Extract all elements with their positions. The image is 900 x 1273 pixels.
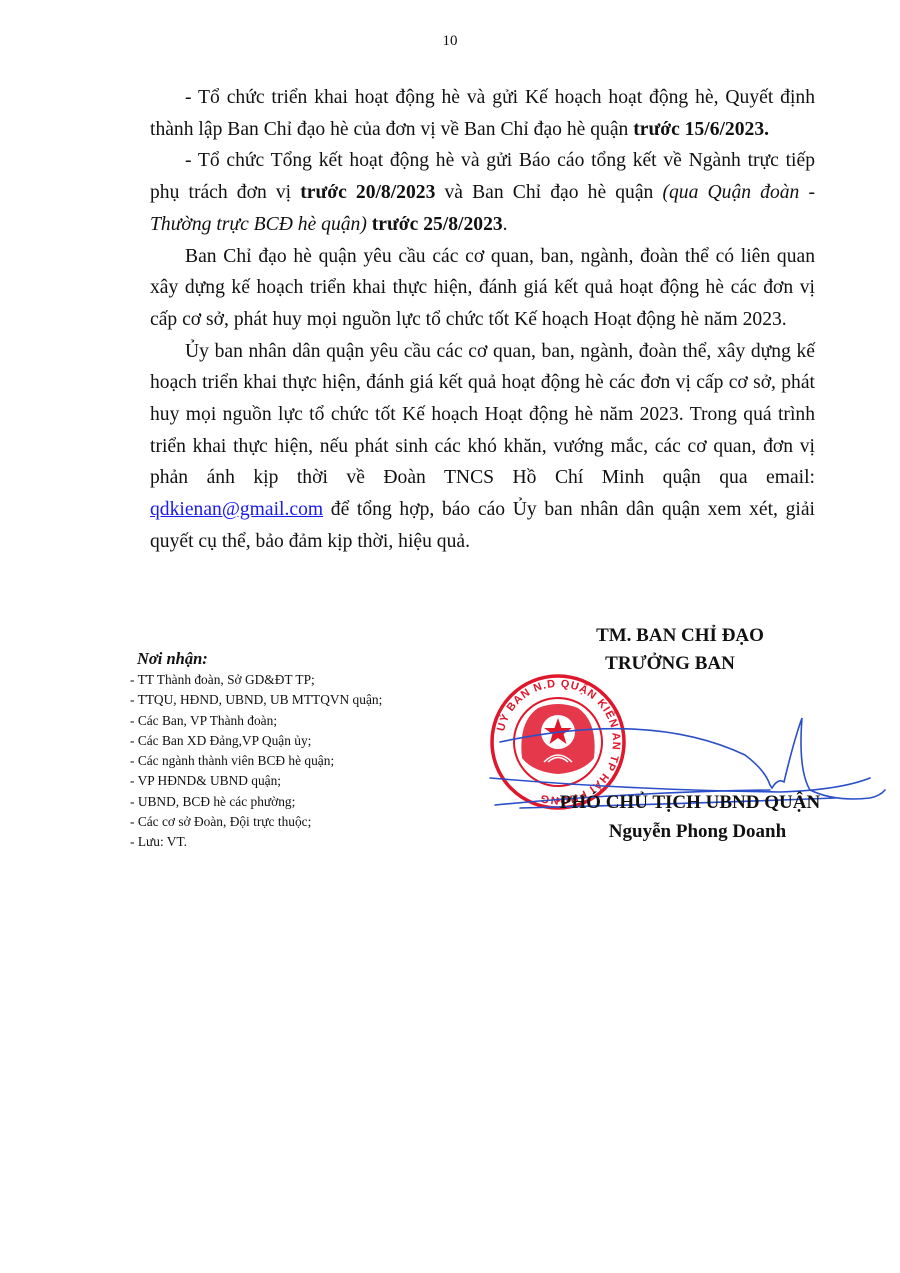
deadline-plan: trước 15/6/2023. bbox=[633, 119, 769, 140]
deadline-sector: trước 20/8/2023 bbox=[300, 182, 435, 203]
recipients-block: Nơi nhận: TT Thành đoàn, Sở GD&ĐT TP; TT… bbox=[130, 648, 450, 853]
recipient-item: Các ngành thành viên BCĐ hè quận; bbox=[130, 751, 450, 771]
recipient-item: Các Ban, VP Thành đoàn; bbox=[130, 711, 450, 731]
signer-block: PHÓ CHỦ TỊCH UBND QUẬN Nguyễn Phong Doan… bbox=[480, 788, 880, 846]
signer-position: PHÓ CHỦ TỊCH UBND QUẬN bbox=[500, 788, 880, 817]
deadline-district: trước 25/8/2023 bbox=[372, 214, 503, 235]
recipient-item: Các Ban XD Đảng,VP Quận ủy; bbox=[130, 731, 450, 751]
on-behalf-label: TM. BAN CHỈ ĐẠO bbox=[480, 622, 880, 650]
recipient-item: VP HĐND& UBND quận; bbox=[130, 771, 450, 791]
email-link[interactable]: qdkienan@gmail.com bbox=[150, 499, 323, 520]
paragraph-steering-request: Ban Chỉ đạo hè quận yêu cầu các cơ quan,… bbox=[150, 241, 815, 336]
paragraph-submit-plan: - Tổ chức triển khai hoạt động hè và gửi… bbox=[150, 82, 815, 145]
recipient-item: TTQU, HĐND, UBND, UB MTTQVN quận; bbox=[130, 690, 450, 710]
recipient-item: Các cơ sở Đoàn, Đội trực thuộc; bbox=[130, 812, 450, 832]
recipient-item: TT Thành đoàn, Sở GD&ĐT TP; bbox=[130, 670, 450, 690]
paragraph-summary-report: - Tổ chức Tổng kết hoạt động hè và gửi B… bbox=[150, 145, 815, 240]
signer-name: Nguyễn Phong Doanh bbox=[515, 817, 880, 846]
recipient-item: Lưu: VT. bbox=[130, 832, 450, 852]
signature-title: TM. BAN CHỈ ĐẠO TRƯỞNG BAN bbox=[480, 622, 880, 678]
recipients-heading: Nơi nhận: bbox=[137, 648, 450, 670]
recipients-list: TT Thành đoàn, Sở GD&ĐT TP; TTQU, HĐND, … bbox=[130, 670, 450, 853]
paragraph-committee-request: Ủy ban nhân dân quận yêu cầu các cơ quan… bbox=[150, 336, 815, 558]
recipient-item: UBND, BCĐ hè các phường; bbox=[130, 792, 450, 812]
page-number: 10 bbox=[0, 33, 900, 50]
document-body: - Tổ chức triển khai hoạt động hè và gửi… bbox=[150, 82, 815, 558]
